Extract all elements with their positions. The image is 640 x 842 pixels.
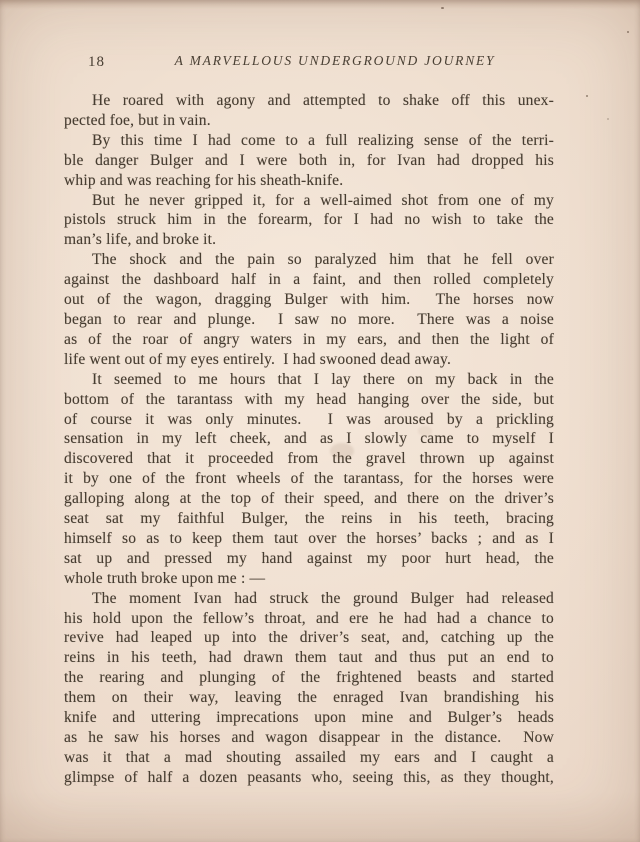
running-title: A MARVELLOUS UNDERGROUND JOURNEY	[116, 53, 554, 69]
text-line: seat sat my faithful Bulger, the reins i…	[64, 509, 554, 529]
text-line: life went out of my eyes entirely. I had…	[64, 350, 554, 370]
text-line: against the dashboard half in a faint, a…	[64, 270, 554, 290]
text-line: But he never gripped it, for a well-aime…	[64, 191, 554, 211]
text-line: out of the wagon, dragging Bulger with h…	[64, 290, 554, 310]
text-line: ble danger Bulger and I were both in, fo…	[64, 151, 554, 171]
text-line: reins in his teeth, had drawn them taut …	[64, 648, 554, 668]
page-header: 18 A MARVELLOUS UNDERGROUND JOURNEY	[64, 53, 554, 73]
text-line: sat up and pressed my hand against my po…	[64, 549, 554, 569]
text-line: By this time I had come to a full realiz…	[64, 131, 554, 151]
text-line: The shock and the pain so paralyzed him …	[64, 250, 554, 270]
text-line: the rearing and plunging of the frighten…	[64, 668, 554, 688]
paragraph: It seemed to me hours that I lay there o…	[64, 370, 554, 589]
text-line: began to rear and plunge. I saw no more.…	[64, 310, 554, 330]
ink-smudge	[418, 426, 432, 436]
text-line: as he saw his horses and wagon disappear…	[64, 728, 554, 748]
paper-speck	[627, 31, 629, 33]
text-line: The moment Ivan had struck the ground Bu…	[64, 589, 554, 609]
text-line: It seemed to me hours that I lay there o…	[64, 370, 554, 390]
text-line: man’s life, and broke it.	[64, 230, 554, 250]
text-line: himself so as to keep them taut over the…	[64, 529, 554, 549]
paper-speck	[607, 118, 609, 120]
paragraph: The shock and the pain so paralyzed him …	[64, 250, 554, 369]
paragraph: By this time I had come to a full realiz…	[64, 131, 554, 191]
text-line: as of the roar of angry waters in my ear…	[64, 330, 554, 350]
text-line: them on their way, leaving the enraged I…	[64, 688, 554, 708]
paragraph: The moment Ivan had struck the ground Bu…	[64, 589, 554, 788]
page-text: He roared with agony and attempted to sh…	[64, 91, 554, 788]
text-line: bottom of the tarantass with my head han…	[64, 390, 554, 410]
text-line: his hold upon the fellow’s throat, and e…	[64, 609, 554, 629]
book-page: 18 A MARVELLOUS UNDERGROUND JOURNEY He r…	[0, 0, 640, 842]
text-line: pistols struck him in the forearm, for I…	[64, 210, 554, 230]
paper-speck	[586, 95, 588, 97]
text-line: it by one of the front wheels of the tar…	[64, 469, 554, 489]
text-line: was it that a mad shouting assailed my e…	[64, 748, 554, 768]
paragraph: He roared with agony and attempted to sh…	[64, 91, 554, 131]
text-line: revive had leaped up into the driver’s s…	[64, 628, 554, 648]
text-line: knife and uttering imprecations upon min…	[64, 708, 554, 728]
ink-smudge	[330, 443, 354, 459]
text-line: whole truth broke upon me : —	[64, 569, 554, 589]
text-line: sensation in my left cheek, and as I slo…	[64, 429, 554, 449]
text-line: pected foe, but in vain.	[64, 111, 554, 131]
text-line: glimpse of half a dozen peasants who, se…	[64, 768, 554, 788]
text-line: of course it was only minutes. I was aro…	[64, 410, 554, 430]
text-line: galloping along at the top of their spee…	[64, 489, 554, 509]
page-number: 18	[88, 54, 105, 71]
paragraph: But he never gripped it, for a well-aime…	[64, 191, 554, 251]
paper-speck	[441, 7, 444, 9]
text-line: whip and was reaching for his sheath-kni…	[64, 171, 554, 191]
text-line: He roared with agony and attempted to sh…	[64, 91, 554, 111]
text-line: discovered that it proceeded from the gr…	[64, 449, 554, 469]
